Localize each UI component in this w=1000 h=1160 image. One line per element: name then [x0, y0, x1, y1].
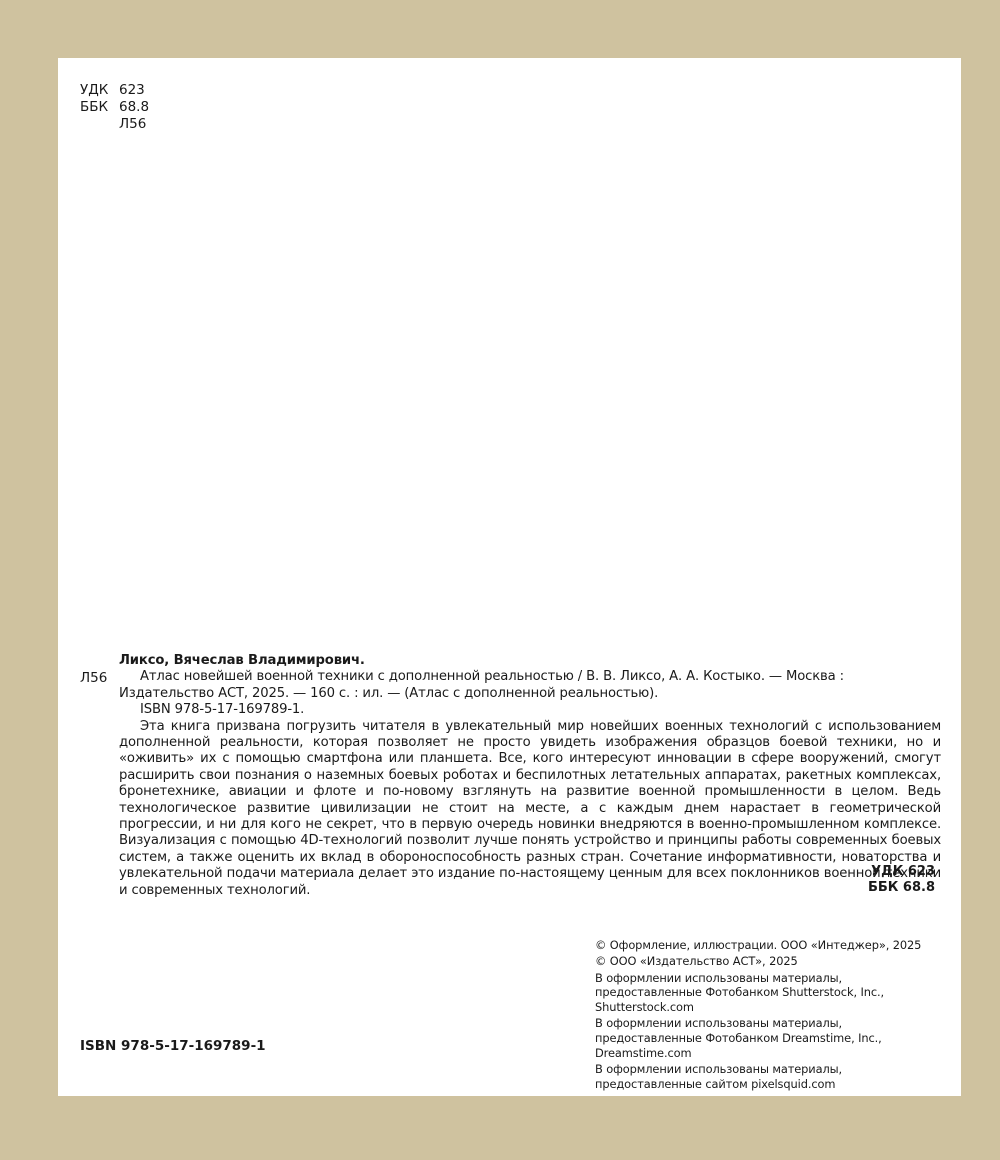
udk-label: УДК	[80, 82, 119, 99]
bbk-value: 68.8	[119, 99, 149, 116]
author-sign: Л56	[119, 116, 146, 133]
credit-pixelsquid: В оформлении использованы материалы, пре…	[595, 1062, 945, 1092]
biblio-author-sign: Л56	[80, 670, 107, 686]
author-heading: Ликсо, Вячеслав Владимирович.	[119, 653, 941, 669]
bibliographic-record: Ликсо, Вячеслав Владимирович. Атлас нове…	[119, 653, 941, 899]
bbk-code: ББК 68.8	[868, 880, 935, 896]
credit-design: © Оформление, иллюстрации. ООО «Интеджер…	[595, 938, 945, 953]
classification-codes-right: УДК 623 ББК 68.8	[868, 864, 935, 896]
imprint-page: УДК 623 ББК 68.8 Л56 Л56 Ликсо, Вячеслав…	[58, 58, 961, 1096]
title-description: Атлас новейшей военной техники с дополне…	[119, 669, 941, 702]
bbk-label: ББК	[80, 99, 119, 116]
classification-block: УДК 623 ББК 68.8 Л56	[80, 82, 149, 133]
copyright-credits: © Оформление, иллюстрации. ООО «Интеджер…	[595, 938, 945, 1093]
credit-dreamstime: В оформлении использованы материалы, пре…	[595, 1016, 945, 1060]
isbn-bottom: ISBN 978-5-17-169789-1	[80, 1038, 266, 1054]
isbn-line: ISBN 978-5-17-169789-1.	[119, 702, 941, 718]
credit-shutterstock: В оформлении использованы материалы, пре…	[595, 971, 945, 1015]
credit-publisher: © ООО «Издательство АСТ», 2025	[595, 954, 945, 969]
udk-value: 623	[119, 82, 145, 99]
annotation: Эта книга призвана погрузить читателя в …	[119, 719, 941, 899]
udk-code: УДК 623	[868, 864, 935, 880]
